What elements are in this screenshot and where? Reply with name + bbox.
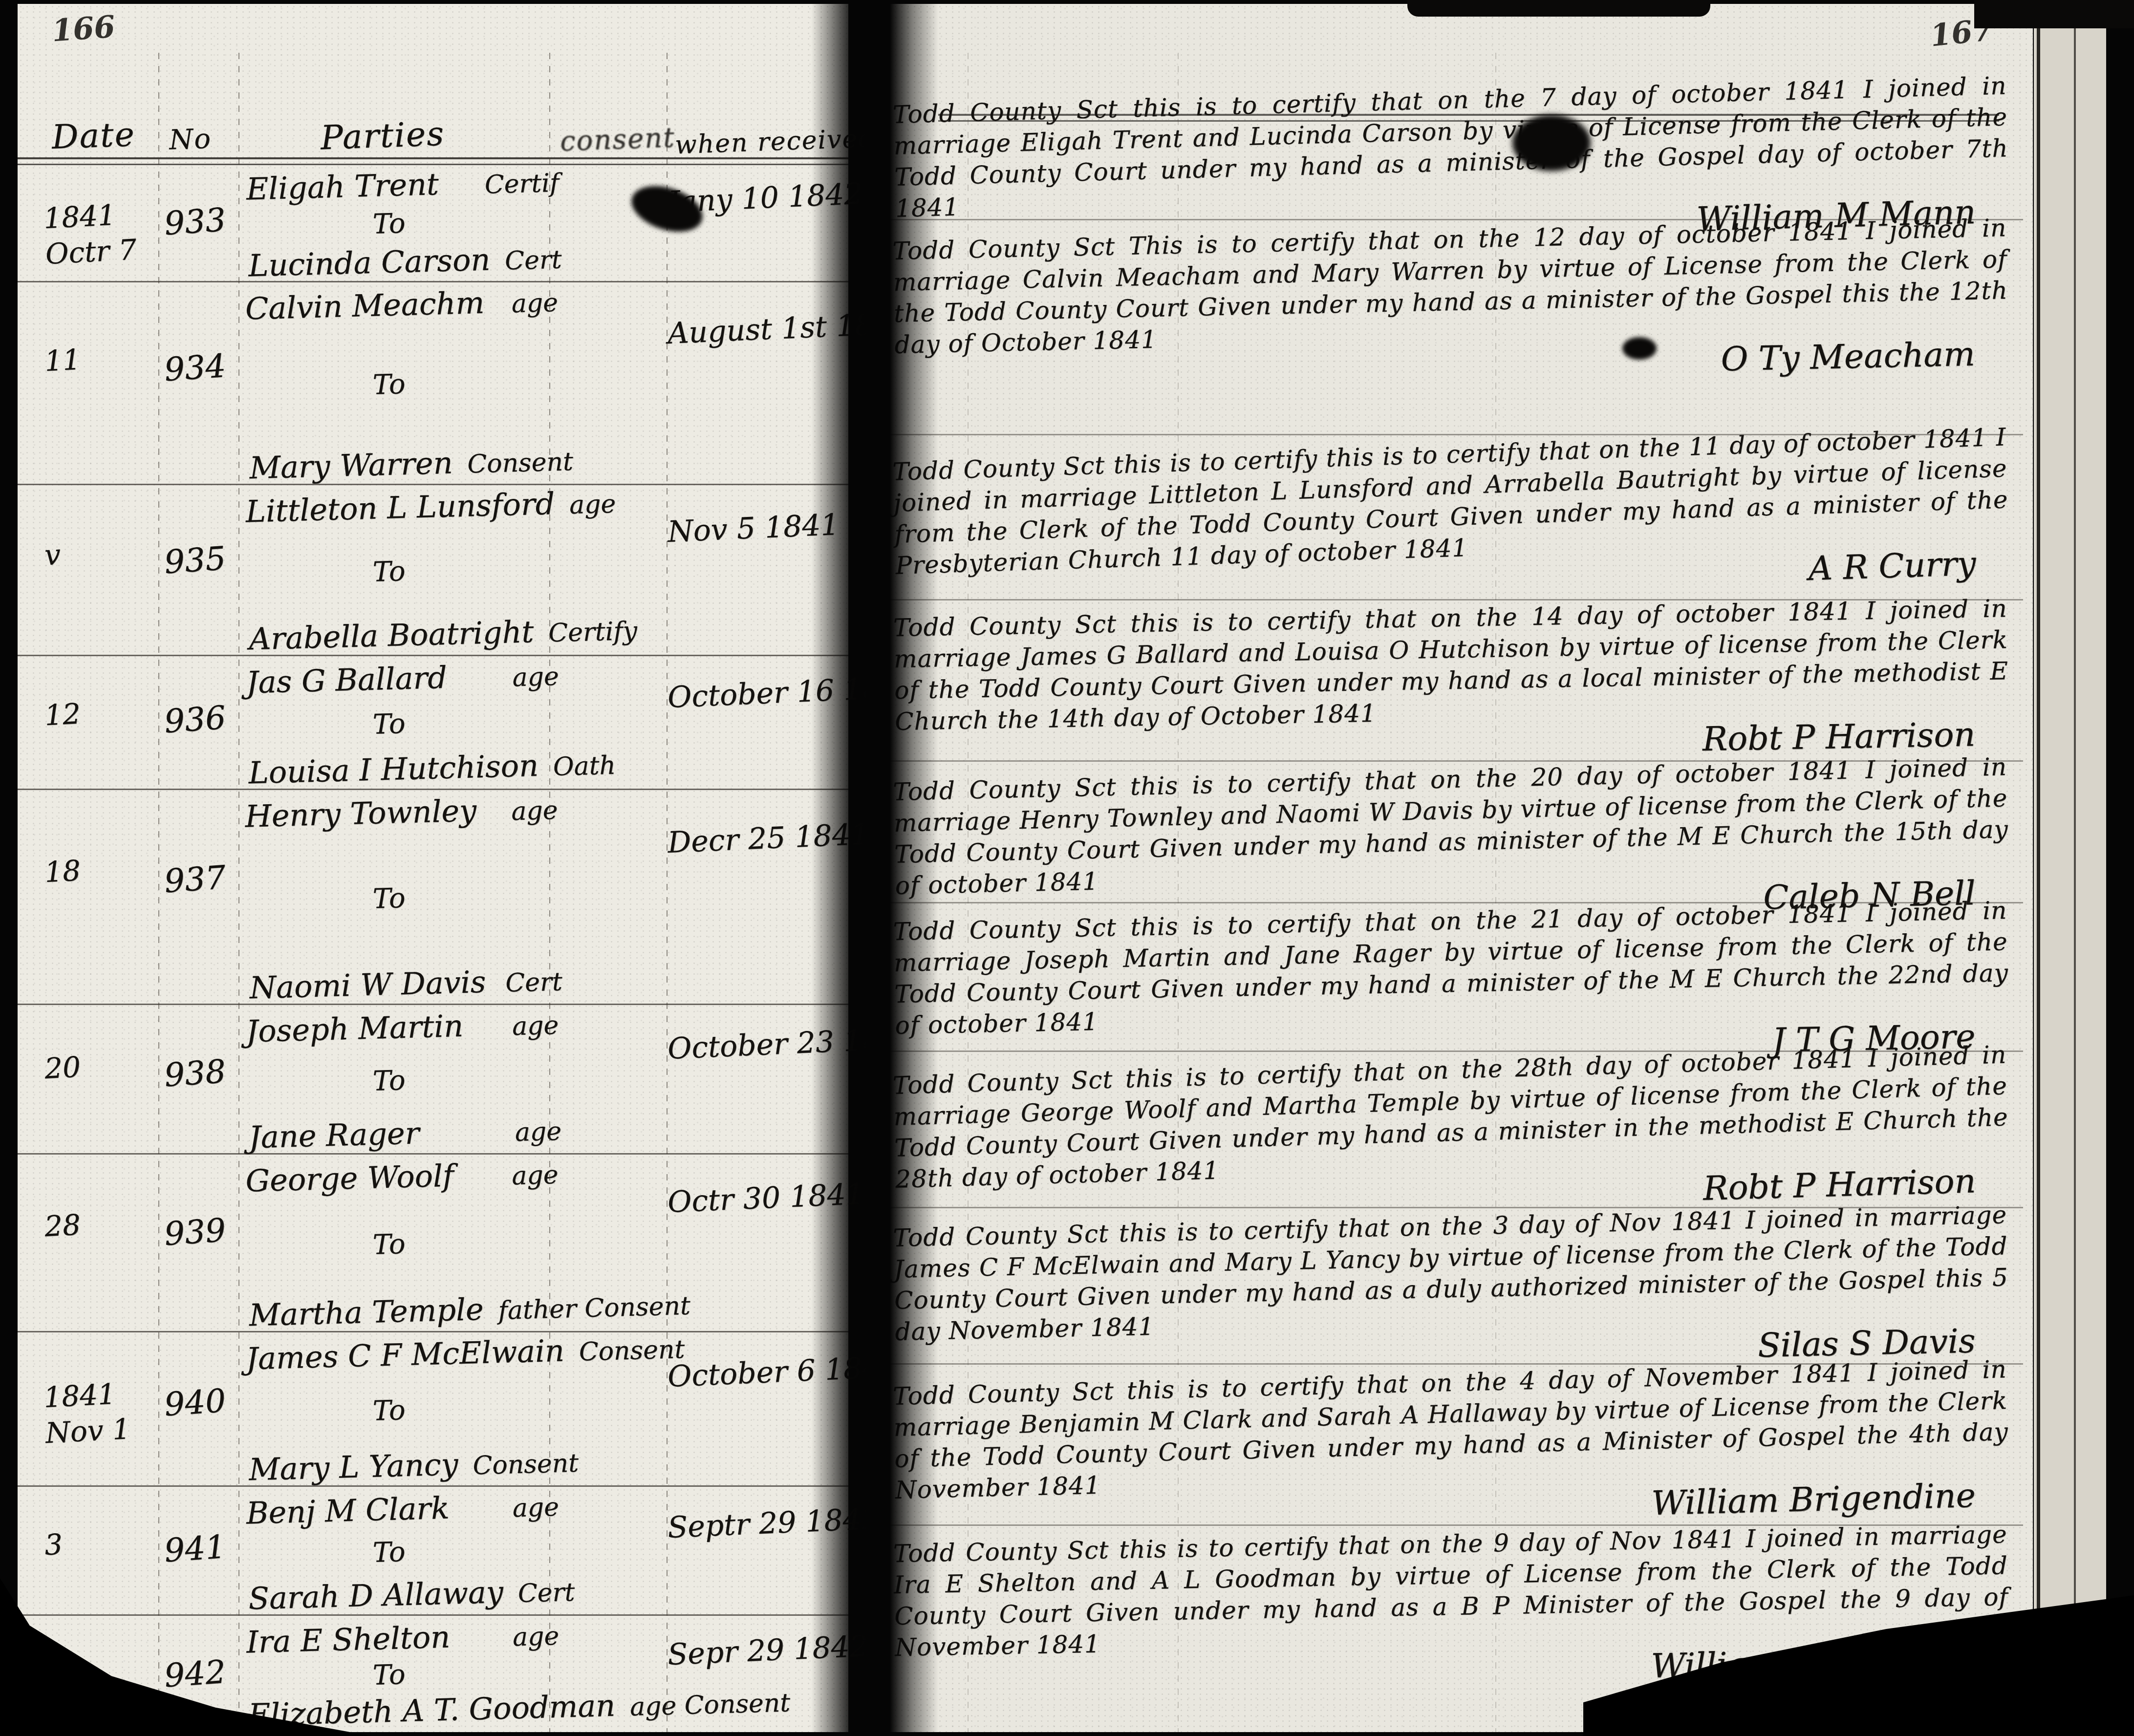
- entry-parties: Benj M Clarkage To Sarah D AllawayCert: [246, 1487, 561, 1617]
- bride-name: Sarah D Allaway: [248, 1574, 503, 1617]
- register-entry: 12 936 Jas G Ballardage To Louisa I Hutc…: [18, 659, 848, 789]
- to-label: To: [372, 1658, 406, 1691]
- groom-name: Henry Townley: [245, 793, 477, 834]
- entry-parties: George Woolfage To Martha Templefather C…: [245, 1155, 562, 1333]
- to-label: To: [372, 707, 406, 740]
- register-entry: 28 939 George Woolfage To Martha Templef…: [18, 1157, 848, 1331]
- bride-note: Cert: [503, 1578, 575, 1609]
- entry-parties: Henry Townleyage To Naomi W DavisCert: [245, 791, 563, 1006]
- entry-parties: Jas G Ballardage To Louisa I HutchisonOa…: [246, 657, 562, 791]
- row-rule: [889, 1363, 2023, 1365]
- column-rule: [238, 53, 239, 1732]
- entry-parties: Ira E Sheltonage To Elizabeth A T. Goodm…: [246, 1616, 561, 1733]
- marriage-certificate: Todd County Sct This is to certify that …: [892, 212, 2010, 443]
- groom-name: Benj M Clark: [246, 1490, 450, 1531]
- entry-date: 1841 Nov 1: [43, 1374, 163, 1451]
- bride-name: Mary L Yancy: [248, 1446, 458, 1487]
- binding-gutter-shadow: [811, 0, 938, 1736]
- entry-date: 18: [43, 849, 162, 890]
- bride-note: Consent: [453, 447, 574, 479]
- page-edge-strip: [2034, 4, 2106, 1732]
- register-entry: v 935 Littleton L Lunsfordage To Arabell…: [18, 488, 848, 655]
- ghost-column-rule: [1495, 53, 1496, 1732]
- ghost-column-rule: [968, 53, 969, 1732]
- register-entry: 20 938 Joseph Martinage To Jane Ragerage…: [18, 1007, 848, 1153]
- entry-number: 939: [163, 1210, 244, 1253]
- groom-name: George Woolf: [245, 1157, 454, 1199]
- register-page-right: 167 Todd County Sct this is to certify t…: [880, 4, 2033, 1732]
- entry-number: 933: [163, 200, 244, 243]
- groom-name: Ira E Shelton: [246, 1619, 451, 1660]
- bride-name: Martha Temple: [249, 1291, 484, 1333]
- column-rule: [549, 53, 550, 1732]
- register-page-left: 166 Date No Parties consent when receive…: [18, 4, 848, 1732]
- entry-number: 937: [163, 857, 244, 900]
- entry-number: 934: [163, 346, 244, 389]
- groom-name: Littleton L Lunsford: [245, 486, 555, 530]
- table-header: Date No Parties consent when received in…: [18, 58, 848, 155]
- to-label: To: [372, 555, 406, 588]
- row-rule: [18, 281, 848, 282]
- marriage-certificate: Todd County Sct this is to certify that …: [893, 1199, 2010, 1383]
- ink-blot: [1622, 337, 1657, 360]
- row-rule: [18, 1331, 848, 1332]
- bride-note: Consent: [458, 1449, 579, 1481]
- groom-name: Joseph Martin: [245, 1008, 464, 1050]
- marriage-certificate: Todd County Sct this is to certify that …: [892, 1353, 2010, 1542]
- row-rule: [889, 219, 2023, 220]
- edge-rule: [2037, 4, 2040, 1732]
- register-entry: 1841 Nov 1 940 James C F McElwainConsent…: [18, 1335, 848, 1485]
- entry-number: 935: [163, 538, 244, 581]
- entry-number: 942: [163, 1651, 244, 1694]
- entry-number: 938: [163, 1051, 244, 1094]
- row-rule: [18, 1614, 848, 1616]
- entry-parties: Eligah TrentCertif To Lucinda CarsonCert: [246, 163, 561, 284]
- page-number-left: 166: [51, 9, 116, 49]
- entry-date: 1841 Octr 7: [43, 194, 163, 271]
- ink-blot: [1512, 115, 1591, 171]
- entry-date: 28: [43, 1202, 162, 1244]
- scan-artifact: [1407, 0, 1710, 17]
- entry-number: 941: [163, 1526, 244, 1569]
- header-date: Date: [51, 115, 136, 157]
- bride-name: Naomi W Davis: [249, 964, 486, 1006]
- entry-date: 20: [43, 1045, 162, 1087]
- column-rule: [158, 53, 159, 1732]
- to-label: To: [372, 882, 406, 915]
- groom-name: Eligah Trent: [246, 166, 439, 207]
- header-parties: Parties: [320, 115, 446, 158]
- to-label: To: [372, 1228, 406, 1261]
- to-label: To: [372, 368, 406, 401]
- row-rule: [18, 655, 848, 656]
- entry-parties: Joseph Martinage To Jane Ragerage: [245, 1006, 561, 1156]
- row-rule: [18, 789, 848, 790]
- marriage-certificate: Todd County Sct this is to certify that …: [892, 1039, 2010, 1231]
- groom-note: age: [554, 490, 616, 520]
- bride-name: Arabella Boatright: [249, 614, 535, 657]
- register-entry: 18 937 Henry Townleyage To Naomi W Davis…: [18, 793, 848, 1004]
- entry-date: 3: [43, 1521, 162, 1563]
- row-rule: [889, 599, 2023, 600]
- entry-date: 12: [43, 692, 162, 733]
- bride-note: age: [500, 1117, 562, 1148]
- edge-rule: [2074, 4, 2076, 1732]
- marriage-certificate: Todd County Sct this is to certify this …: [892, 421, 2010, 617]
- to-label: To: [372, 1064, 406, 1097]
- entry-parties: Littleton L Lunsfordage To Arabella Boat…: [245, 486, 562, 657]
- bride-name: Mary Warren: [249, 445, 453, 486]
- register-entry: 3 941 Benj M Clarkage To Sarah D Allaway…: [18, 1489, 848, 1614]
- entry-date: 11: [43, 338, 162, 379]
- entry-parties: James C F McElwainConsent To Mary L Yanc…: [245, 1333, 562, 1488]
- header-consent: consent: [560, 122, 676, 157]
- row-rule: [889, 1207, 2023, 1208]
- row-rule: [18, 1485, 848, 1487]
- groom-name: James C F McElwain: [245, 1332, 564, 1376]
- bride-note: Cert: [490, 245, 562, 277]
- ghost-column-rule: [1178, 53, 1179, 1732]
- groom-note: Certif: [470, 169, 560, 200]
- bride-note: father Consent: [483, 1291, 691, 1326]
- to-label: To: [372, 1536, 406, 1568]
- row-rule: [889, 760, 2023, 762]
- to-label: To: [372, 1394, 406, 1427]
- scanned-register-spread: 166 Date No Parties consent when receive…: [0, 0, 2134, 1736]
- header-rule: [18, 157, 848, 165]
- column-rule: [667, 53, 668, 1732]
- row-rule: [18, 484, 848, 485]
- marriage-certificate: Todd County Sct this is to certify that …: [893, 593, 2009, 773]
- row-rule: [889, 1050, 2023, 1052]
- bride-name: Louisa I Hutchison: [248, 748, 539, 791]
- register-entry: 11 934 Calvin Meachmage To Mary WarrenCo…: [18, 285, 848, 484]
- entry-number: 936: [163, 698, 244, 741]
- bride-note: age Consent: [615, 1688, 790, 1722]
- row-rule: [889, 434, 2023, 435]
- bride-name: Jane Rager: [248, 1115, 420, 1155]
- entry-date: v: [43, 532, 162, 573]
- entry-parties: Calvin Meachmage To Mary WarrenConsent: [245, 283, 562, 486]
- register-entry: 1841 Octr 7 933 Eligah TrentCertif To Lu…: [18, 165, 848, 281]
- row-rule: [18, 1153, 848, 1155]
- to-label: To: [372, 207, 406, 240]
- bride-note: Cert: [491, 967, 563, 999]
- bride-name: Lucinda Carson: [248, 241, 491, 283]
- row-rule: [18, 1004, 848, 1005]
- row-rule: [889, 1524, 2023, 1526]
- certificate-text: Todd County Sct this is to certify that …: [893, 593, 2009, 737]
- entry-number: 940: [163, 1380, 244, 1423]
- groom-name: Jas G Ballard: [246, 660, 448, 701]
- row-rule: [889, 902, 2023, 903]
- header-no: No: [169, 123, 212, 156]
- groom-name: Calvin Meachm: [245, 285, 485, 327]
- scan-artifact: [1974, 0, 2134, 28]
- certificate-text: Todd County Sct this is to certify that …: [893, 895, 2009, 1041]
